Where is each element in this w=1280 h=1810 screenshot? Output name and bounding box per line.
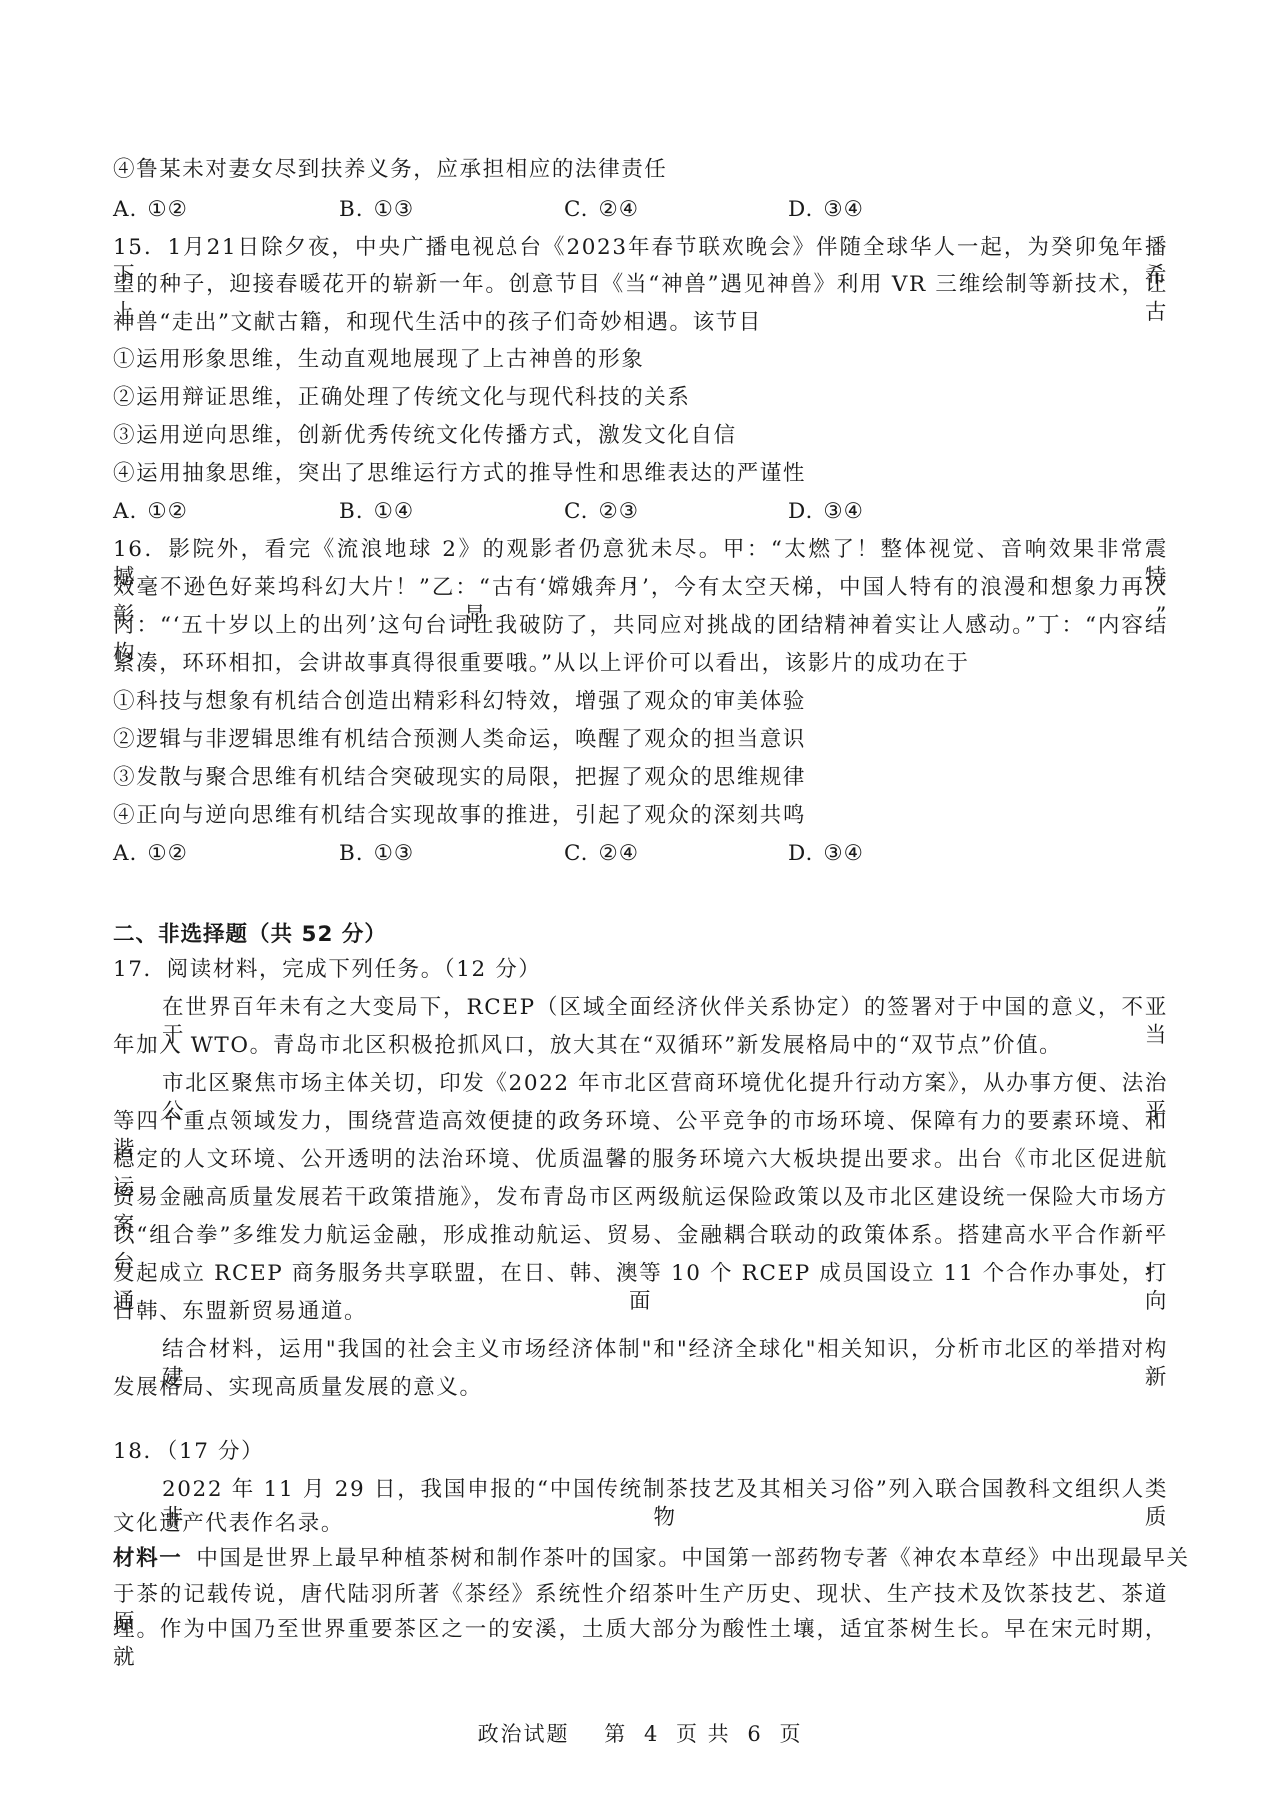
q17-title: 17．阅读材料，完成下列任务。（12 分） [113,956,1168,984]
q16-options: A.①② B.①③ C.②④ D.③④ [113,840,1113,868]
q16-stem-line-4: 紧凑，环环相扣，会讲故事真得很重要哦。”从以上评价可以看出，该影片的成功在于 [113,650,1168,678]
q15-option-c[interactable]: C.②③ [564,498,639,526]
material1-label: 材料一 [113,1546,182,1571]
footer-subject: 政治试题 [478,1722,570,1746]
q16-statement-2: ②逻辑与非逻辑思维有机结合预测人类命运，唤醒了观众的担当意识 [113,726,1168,754]
q16-statement-4: ④正向与逆向思维有机结合实现故事的推进，引起了观众的深刻共鸣 [113,802,1168,830]
section-heading: 二、非选择题（共 52 分） [113,921,1168,949]
page-footer: 政治试题 第 4 页 共 6 页 [0,1720,1280,1748]
q14-statement-4: ④鲁某未对妻女尽到扶养义务，应承担相应的法律责任 [113,156,1168,184]
q15-statement-1: ①运用形象思维，生动直观地展现了上古神兽的形象 [113,346,1168,374]
q16-statement-3: ③发散与聚合思维有机结合突破现实的局限，把握了观众的思维规律 [113,764,1168,792]
exam-page: ④鲁某未对妻女尽到扶养义务，应承担相应的法律责任 A.①② B.①③ C.②④ … [0,0,1280,1810]
q15-option-d[interactable]: D.③④ [788,498,864,526]
q14-option-a[interactable]: A.①② [113,196,188,224]
q15-statement-4: ④运用抽象思维，突出了思维运行方式的推导性和思维表达的严谨性 [113,460,1168,488]
footer-page-suffix: 页 [779,1722,802,1746]
q16-option-a[interactable]: A.①② [113,840,188,868]
footer-page-prefix: 第 [604,1722,627,1746]
q14-option-d[interactable]: D.③④ [788,196,864,224]
q16-option-c[interactable]: C.②④ [564,840,639,868]
footer-page-total: 6 [747,1722,762,1746]
q15-options: A.①② B.①④ C.②③ D.③④ [113,498,1113,526]
footer-page-mid: 页 共 [676,1722,731,1746]
q15-statement-3: ③运用逆向思维，创新优秀传统文化传播方式，激发文化自信 [113,422,1168,450]
q17-task-line-2: 发展格局、实现高质量发展的意义。 [113,1374,1168,1402]
q16-statement-1: ①科技与想象有机结合创造出精彩科幻特效，增强了观众的审美体验 [113,688,1168,716]
q16-option-b[interactable]: B.①③ [339,840,414,868]
q15-stem-line-3: 神兽“走出”文献古籍，和现代生活中的孩子们奇妙相遇。该节目 [113,309,1168,337]
q15-statement-2: ②运用辩证思维，正确处理了传统文化与现代科技的关系 [113,384,1168,412]
q14-option-c[interactable]: C.②④ [564,196,639,224]
q18-title: 18．（17 分） [113,1438,1168,1466]
q14-option-b[interactable]: B.①③ [339,196,414,224]
q17-para2-line-7: 日韩、东盟新贸易通道。 [113,1298,1168,1326]
q18-material1-line-3: 理。作为中国乃至世界重要茶区之一的安溪，土质大部分为酸性土壤，适宜茶树生长。早在… [113,1616,1168,1672]
q15-option-a[interactable]: A.①② [113,498,188,526]
q17-para1-line-2: 年加入 WTO。青岛市北区积极抢抓风口，放大其在“双循环”新发展格局中的“双节点… [113,1032,1168,1060]
q15-option-b[interactable]: B.①④ [339,498,414,526]
q18-intro-line-2: 文化遗产代表作名录。 [113,1510,1168,1538]
q16-option-d[interactable]: D.③④ [788,840,864,868]
q14-options: A.①② B.①③ C.②④ D.③④ [113,196,1113,224]
footer-page-current: 4 [644,1722,659,1746]
q18-material1-line-1: 材料一中国是世界上最早种植茶树和制作茶叶的国家。中国第一部药物专著《神农本草经》… [113,1545,1168,1573]
material1-text: 中国是世界上最早种植茶树和制作茶叶的国家。中国第一部药物专著《神农本草经》中出现… [196,1546,1189,1571]
